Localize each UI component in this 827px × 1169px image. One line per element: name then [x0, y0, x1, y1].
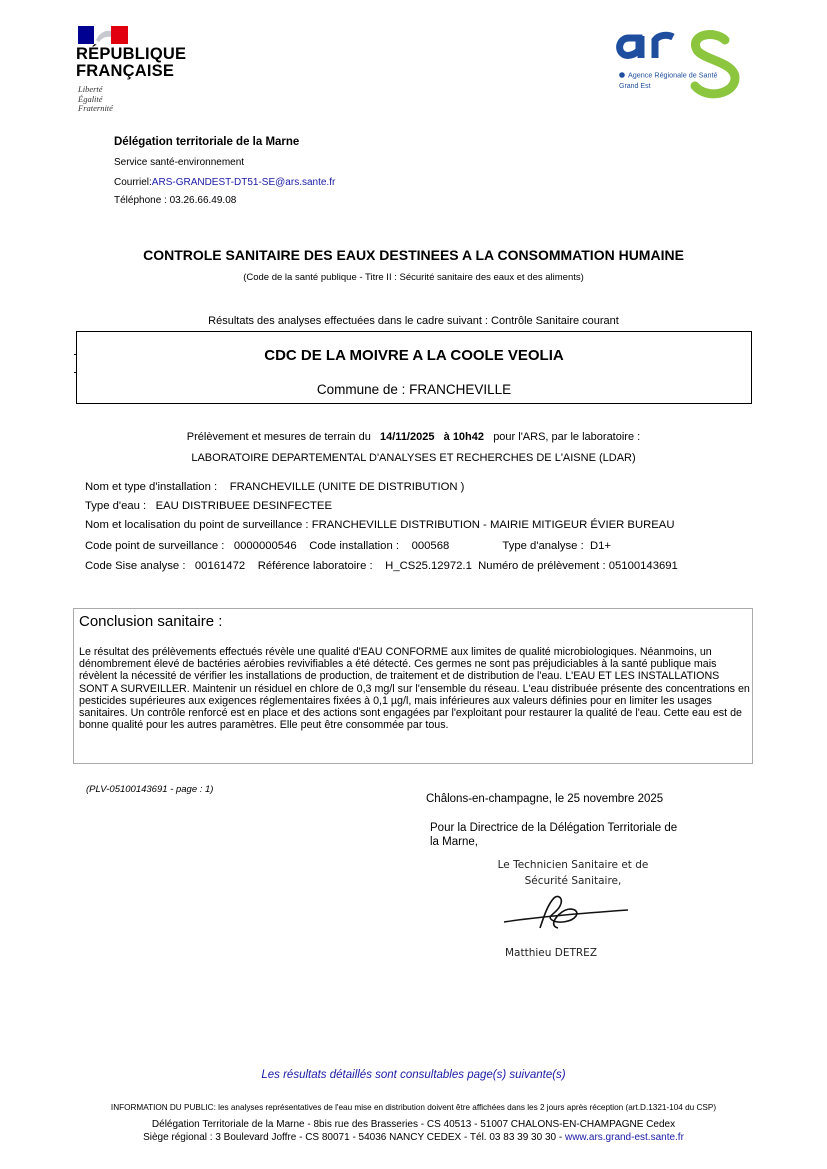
on-behalf-of: Pour la Directrice de la Délégation Terr…	[430, 821, 696, 849]
footer-address-siege: Siège régional : 3 Boulevard Joffre - CS…	[0, 1132, 827, 1143]
courriel-line: Courriel:ARS-GRANDEST-DT51-SE@ars.sante.…	[114, 177, 335, 188]
laboratory-name: LABORATOIRE DEPARTEMENTAL D'ANALYSES ET …	[0, 452, 827, 464]
water-type-info: Type d'eau : EAU DISTRIBUEE DESINFECTEE	[85, 500, 332, 512]
public-information: INFORMATION DU PUBLIC: les analyses repr…	[0, 1103, 827, 1112]
conclusion-text: Le résultat des prélèvements effectués r…	[79, 646, 751, 731]
republique-francaise-logo: RÉPUBLIQUE FRANÇAISE	[76, 46, 186, 80]
telephone: Téléphone : 03.26.66.49.08	[114, 195, 236, 206]
signer-role: Le Technicien Sanitaire et de Sécurité S…	[462, 857, 684, 889]
ars-logo-icon: Agence Régionale de Santé Grand Est	[615, 28, 745, 100]
handwritten-signature-icon	[500, 892, 630, 932]
detailed-results-note: Les résultats détaillés sont consultable…	[0, 1069, 827, 1081]
footer-address-delegation: Délégation Territoriale de la Marne - 8b…	[0, 1119, 827, 1130]
station-name: CDC DE LA MOIVRE A LA COOLE VEOLIA	[77, 347, 751, 364]
service-name: Service santé-environnement	[114, 157, 244, 168]
on-behalf-line-1: Pour la Directrice de la Délégation Terr…	[430, 821, 696, 835]
courriel-label: Courriel:	[114, 177, 152, 188]
signer-role-line-2: Sécurité Sanitaire,	[462, 873, 684, 889]
box-tick	[74, 372, 77, 373]
signer-name: Matthieu DETREZ	[505, 947, 597, 959]
surveillance-point-info: Nom et localisation du point de surveill…	[85, 519, 675, 531]
footer-siege-text: Siège régional : 3 Boulevard Joffre - CS…	[143, 1132, 565, 1143]
conclusion-box: Conclusion sanitaire : Le résultat des p…	[73, 608, 753, 764]
svg-text:Agence Régionale de Santé: Agence Régionale de Santé	[628, 71, 718, 80]
code-point-info: Code point de surveillance : 0000000546 …	[85, 540, 611, 552]
commune-name: Commune de : FRANCHEVILLE	[77, 382, 751, 397]
installation-info: Nom et type d'installation : FRANCHEVILL…	[85, 481, 464, 493]
sampling-suffix: pour l'ARS, par le laboratoire :	[493, 431, 640, 443]
marianne-flag-icon	[78, 26, 128, 44]
delegation-name: Délégation territoriale de la Marne	[114, 136, 299, 148]
station-box: CDC DE LA MOIVRE A LA COOLE VEOLIA Commu…	[76, 331, 752, 404]
code-sise-info: Code Sise analyse : 00161472 Référence l…	[85, 560, 678, 572]
rf-motto: Liberté Égalité Fraternité	[78, 85, 113, 114]
sampling-prefix: Prélèvement et mesures de terrain du	[187, 431, 371, 443]
rf-line-1: RÉPUBLIQUE	[76, 46, 186, 63]
place-date: Châlons-en-champagne, le 25 novembre 202…	[426, 793, 663, 805]
page-reference: (PLV-05100143691 - page : 1)	[86, 784, 213, 795]
sampling-date: 14/11/2025	[380, 431, 434, 443]
website-link[interactable]: www.ars.grand-est.sante.fr	[565, 1132, 684, 1143]
sampling-line: Prélèvement et mesures de terrain du 14/…	[0, 431, 827, 443]
rf-line-2: FRANÇAISE	[76, 63, 186, 80]
courriel-email-link[interactable]: ARS-GRANDEST-DT51-SE@ars.sante.fr	[152, 177, 336, 188]
signer-role-line-1: Le Technicien Sanitaire et de	[462, 857, 684, 873]
svg-text:Grand Est: Grand Est	[619, 83, 651, 90]
sampling-time: à 10h42	[444, 431, 484, 443]
analysis-context: Résultats des analyses effectuées dans l…	[0, 315, 827, 327]
conclusion-title: Conclusion sanitaire :	[79, 613, 222, 630]
motto-fraternite: Fraternité	[78, 104, 113, 114]
document-title: CONTROLE SANITAIRE DES EAUX DESTINEES A …	[0, 247, 827, 263]
document-subtitle: (Code de la santé publique - Titre II : …	[0, 272, 827, 283]
on-behalf-line-2: la Marne,	[430, 835, 696, 849]
